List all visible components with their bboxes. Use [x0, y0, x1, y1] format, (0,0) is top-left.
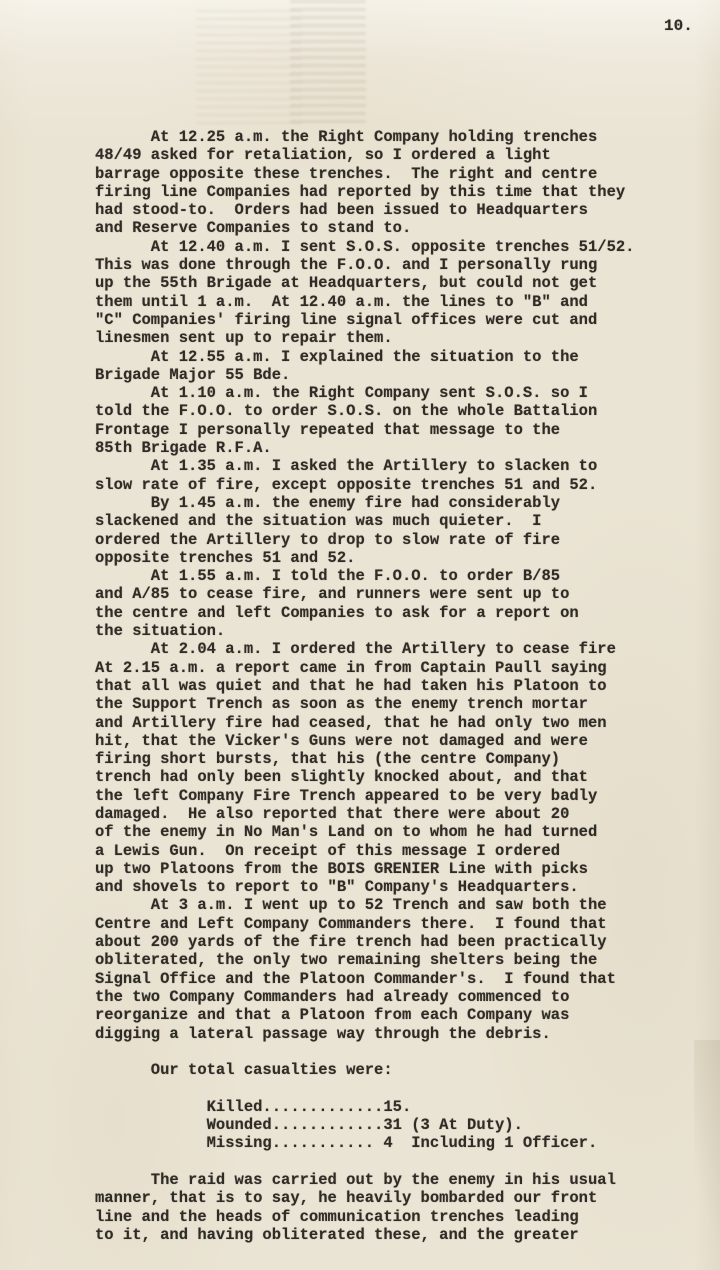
text-line: At 1.55 a.m. I told the F.O.O. to order …: [95, 567, 635, 585]
text-line: manner, that is to say, he heavily bomba…: [95, 1189, 635, 1207]
text-line: that all was quiet and that he had taken…: [95, 677, 635, 695]
page-number: 10.: [664, 17, 693, 35]
text-line: and A/85 to cease fire, and runners were…: [95, 585, 635, 603]
text-line: "C" Companies' firing line signal office…: [95, 311, 635, 329]
text-line: line and the heads of communication tren…: [95, 1208, 635, 1226]
text-line: firing short bursts, that his (the centr…: [95, 750, 635, 768]
text-line: Missing........... 4 Including 1 Officer…: [95, 1134, 635, 1152]
text-line: told the F.O.O. to order S.O.S. on the w…: [95, 402, 635, 420]
text-line: At 3 a.m. I went up to 52 Trench and saw…: [95, 896, 635, 914]
text-line: barrage opposite these trenches. The rig…: [95, 165, 635, 183]
text-line: [95, 1043, 635, 1061]
text-line: At 1.35 a.m. I asked the Artillery to sl…: [95, 457, 635, 475]
text-line: obliterated, the only two remaining shel…: [95, 951, 635, 969]
text-line: to it, and having obliterated these, and…: [95, 1226, 635, 1244]
text-line: Signal Office and the Platoon Commander'…: [95, 970, 635, 988]
text-line: At 2.04 a.m. I ordered the Artillery to …: [95, 640, 635, 658]
text-line: digging a lateral passage way through th…: [95, 1025, 635, 1043]
text-line: reorganize and that a Platoon from each …: [95, 1006, 635, 1024]
text-line: At 12.55 a.m. I explained the situation …: [95, 348, 635, 366]
text-line: The raid was carried out by the enemy in…: [95, 1171, 635, 1189]
text-line: Centre and Left Company Commanders there…: [95, 915, 635, 933]
text-line: of the enemy in No Man's Land on to whom…: [95, 823, 635, 841]
text-line: had stood-to. Orders had been issued to …: [95, 201, 635, 219]
text-line: a Lewis Gun. On receipt of this message …: [95, 842, 635, 860]
text-line: and Artillery fire had ceased, that he h…: [95, 714, 635, 732]
text-line: up two Platoons from the BOIS GRENIER Li…: [95, 860, 635, 878]
text-line: about 200 yards of the fire trench had b…: [95, 933, 635, 951]
text-line: the left Company Fire Trench appeared to…: [95, 787, 635, 805]
text-line: By 1.45 a.m. the enemy fire had consider…: [95, 494, 635, 512]
text-line: firing line Companies had reported by th…: [95, 183, 635, 201]
text-line: the two Company Commanders had already c…: [95, 988, 635, 1006]
text-line: hit, that the Vicker's Guns were not dam…: [95, 732, 635, 750]
text-line: them until 1 a.m. At 12.40 a.m. the line…: [95, 293, 635, 311]
text-line: 48/49 asked for retaliation, so I ordere…: [95, 146, 635, 164]
text-line: Wounded............31 (3 At Duty).: [95, 1116, 635, 1134]
paper-crease: [694, 1040, 720, 1270]
text-line: At 12.25 a.m. the Right Company holding …: [95, 128, 635, 146]
text-line: opposite trenches 51 and 52.: [95, 549, 635, 567]
text-line: Brigade Major 55 Bde.: [95, 366, 635, 384]
text-line: 85th Brigade R.F.A.: [95, 439, 635, 457]
text-line: ordered the Artillery to drop to slow ra…: [95, 531, 635, 549]
text-line: Our total casualties were:: [95, 1061, 635, 1079]
text-line: trench had only been slightly knocked ab…: [95, 768, 635, 786]
text-line: This was done through the F.O.O. and I p…: [95, 256, 635, 274]
text-line: the situation.: [95, 622, 635, 640]
text-line: linesmen sent up to repair them.: [95, 329, 635, 347]
text-line: and Reserve Companies to stand to.: [95, 219, 635, 237]
text-line: [95, 1079, 635, 1097]
text-line: damaged. He also reported that there wer…: [95, 805, 635, 823]
text-line: Frontage I personally repeated that mess…: [95, 421, 635, 439]
text-line: and shovels to report to "B" Company's H…: [95, 878, 635, 896]
show-through-text: [196, 10, 302, 128]
text-line: [95, 1153, 635, 1171]
text-line: slackened and the situation was much qui…: [95, 512, 635, 530]
text-line: the centre and left Companies to ask for…: [95, 604, 635, 622]
text-line: the Support Trench as soon as the enemy …: [95, 695, 635, 713]
text-line: slow rate of fire, except opposite trenc…: [95, 476, 635, 494]
text-line: Killed.............15.: [95, 1098, 635, 1116]
text-line: up the 55th Brigade at Headquarters, but…: [95, 274, 635, 292]
text-line: At 1.10 a.m. the Right Company sent S.O.…: [95, 384, 635, 402]
typewritten-text: At 12.25 a.m. the Right Company holding …: [95, 128, 635, 1244]
show-through-text: [290, 0, 366, 126]
document-page: 10. At 12.25 a.m. the Right Company hold…: [0, 0, 720, 1270]
text-line: At 12.40 a.m. I sent S.O.S. opposite tre…: [95, 238, 635, 256]
text-line: At 2.15 a.m. a report came in from Capta…: [95, 659, 635, 677]
